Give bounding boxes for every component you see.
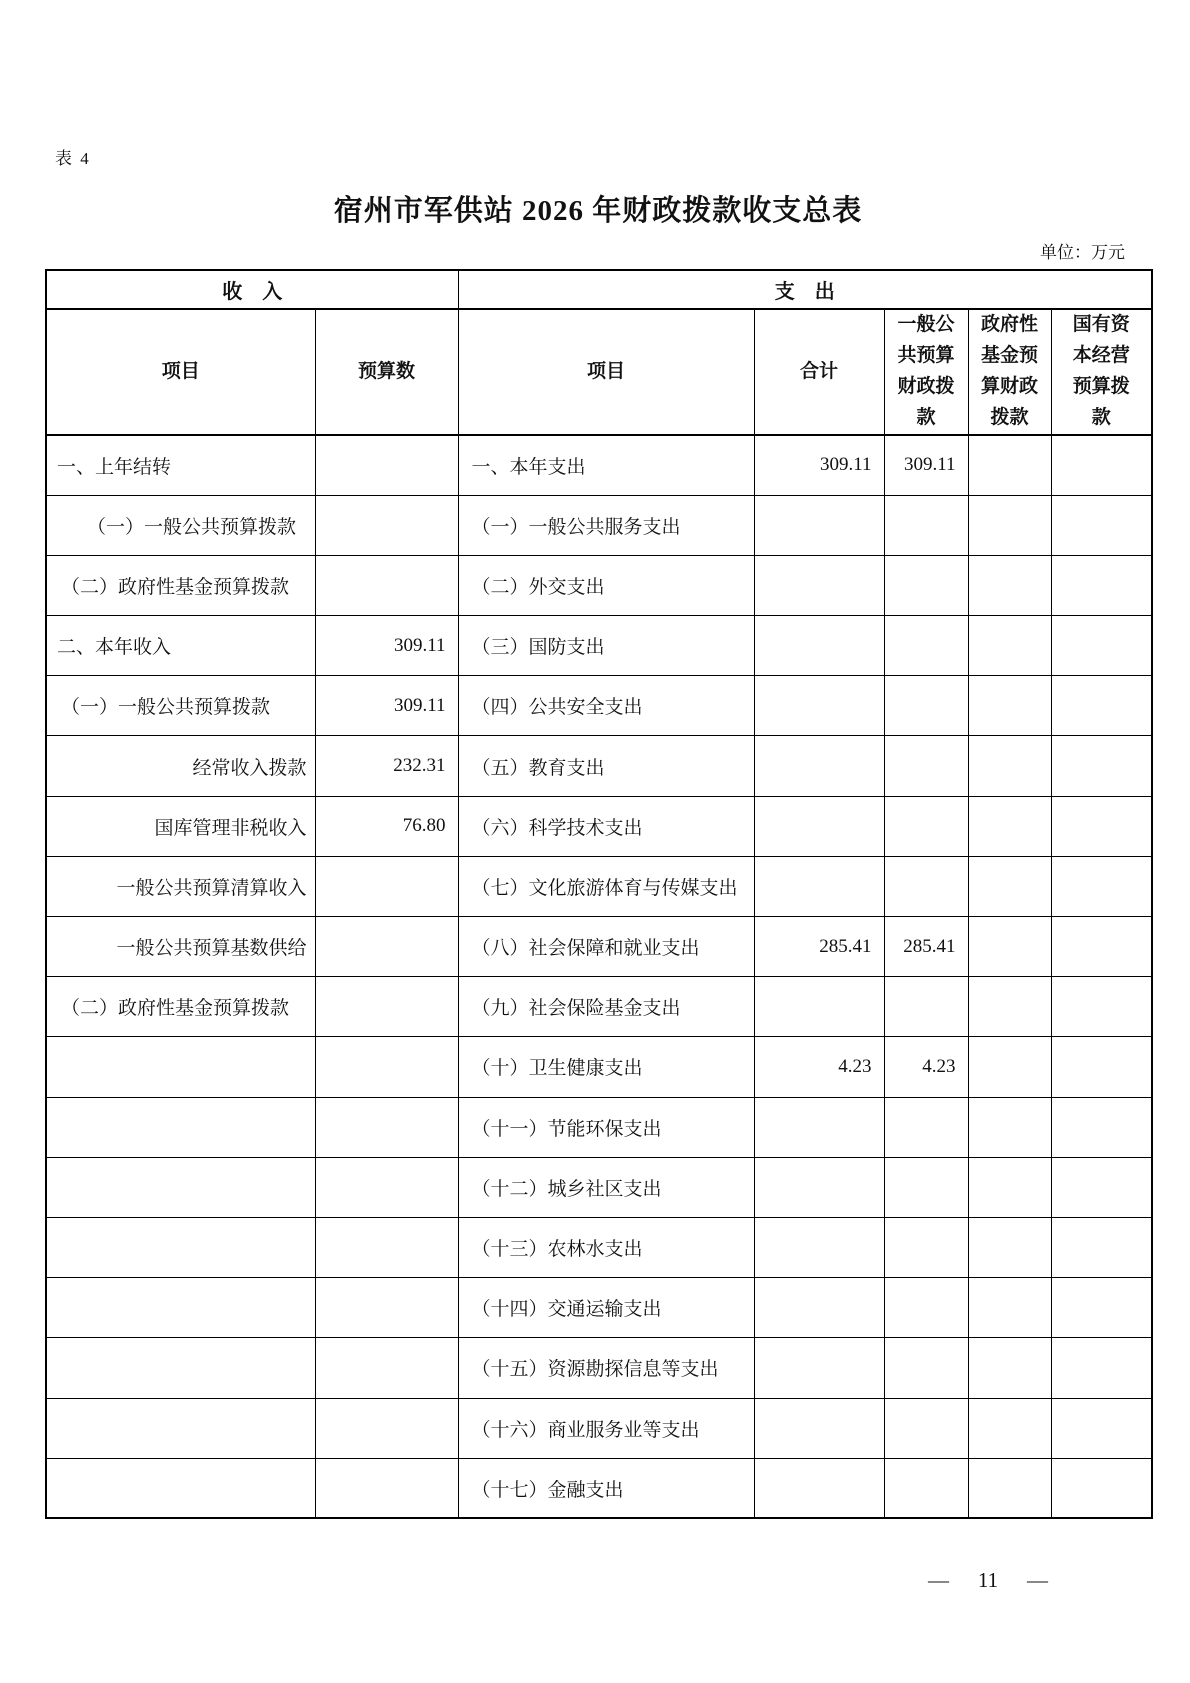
income-item-cell <box>46 1097 315 1157</box>
expense-state-capital-cell <box>1051 495 1152 555</box>
income-item-cell: 一、上年结转 <box>46 435 315 495</box>
column-header-row: 项目 预算数 项目 合计 一般公 共预算 财政拨 款 政府性 基金预 算财政 拨… <box>46 309 1152 435</box>
expense-state-capital-cell <box>1051 616 1152 676</box>
expense-item-cell: （六）科学技术支出 <box>458 796 754 856</box>
expense-total-cell <box>754 1338 884 1398</box>
table-row: （十二）城乡社区支出 <box>46 1157 1152 1217</box>
expense-item-cell: （十七）金融支出 <box>458 1458 754 1518</box>
budget-table: 收 入 支 出 项目 预算数 项目 合计 一般公 共预算 财政拨 款 政府性 基… <box>45 269 1153 1519</box>
income-budget-header: 预算数 <box>315 309 458 435</box>
income-item-cell: 经常收入拨款 <box>46 736 315 796</box>
income-item-cell <box>46 1398 315 1458</box>
expense-item-cell: （五）教育支出 <box>458 736 754 796</box>
expense-general-public-cell <box>884 977 968 1037</box>
table-row: （十）卫生健康支出4.234.23 <box>46 1037 1152 1097</box>
expense-total-header: 合计 <box>754 309 884 435</box>
expense-gov-fund-cell <box>968 1278 1051 1338</box>
document-page: 表 4 宿州市军供站 2026 年财政拨款收支总表 单位：万元 收 入 支 出 … <box>0 0 1190 1683</box>
expense-state-capital-cell <box>1051 1037 1152 1097</box>
expense-state-capital-cell <box>1051 676 1152 736</box>
table-row: （二）政府性基金预算拨款（九）社会保险基金支出 <box>46 977 1152 1037</box>
table-row: （十四）交通运输支出 <box>46 1278 1152 1338</box>
income-budget-cell <box>315 1398 458 1458</box>
expense-gov-fund-cell <box>968 736 1051 796</box>
table-row: 一般公共预算基数供给（八）社会保障和就业支出285.41285.41 <box>46 917 1152 977</box>
expense-item-cell: （十一）节能环保支出 <box>458 1097 754 1157</box>
expense-gov-fund-header: 政府性 基金预 算财政 拨款 <box>968 309 1051 435</box>
expense-general-public-cell <box>884 736 968 796</box>
expense-total-cell <box>754 1217 884 1277</box>
table-row: （十五）资源勘探信息等支出 <box>46 1338 1152 1398</box>
income-item-cell <box>46 1458 315 1518</box>
expense-general-public-cell <box>884 676 968 736</box>
table-row: （十六）商业服务业等支出 <box>46 1398 1152 1458</box>
expense-total-cell: 309.11 <box>754 435 884 495</box>
expense-state-capital-cell <box>1051 1278 1152 1338</box>
income-budget-cell: 309.11 <box>315 676 458 736</box>
expense-item-cell: （二）外交支出 <box>458 555 754 615</box>
expense-total-cell <box>754 676 884 736</box>
expense-state-capital-cell <box>1051 1217 1152 1277</box>
table-row: 二、本年收入309.11（三）国防支出 <box>46 616 1152 676</box>
expense-general-public-header: 一般公 共预算 财政拨 款 <box>884 309 968 435</box>
income-item-cell <box>46 1338 315 1398</box>
expense-item-cell: （九）社会保险基金支出 <box>458 977 754 1037</box>
expense-general-public-cell <box>884 1157 968 1217</box>
expense-item-cell: （八）社会保障和就业支出 <box>458 917 754 977</box>
expense-total-cell: 285.41 <box>754 917 884 977</box>
expense-total-cell <box>754 1398 884 1458</box>
expense-total-cell <box>754 1278 884 1338</box>
expense-gov-fund-cell <box>968 616 1051 676</box>
expense-state-capital-cell <box>1051 796 1152 856</box>
expense-general-public-cell: 285.41 <box>884 917 968 977</box>
expense-state-capital-cell <box>1051 917 1152 977</box>
page-number: — 11 — <box>928 1568 1048 1593</box>
expense-general-public-cell <box>884 1097 968 1157</box>
table-row: （二）政府性基金预算拨款（二）外交支出 <box>46 555 1152 615</box>
expense-general-public-cell: 309.11 <box>884 435 968 495</box>
expense-state-capital-cell <box>1051 856 1152 916</box>
expense-state-capital-cell <box>1051 1157 1152 1217</box>
expense-state-capital-cell <box>1051 736 1152 796</box>
expense-item-cell: （三）国防支出 <box>458 616 754 676</box>
table-row: 国库管理非税收入76.80（六）科学技术支出 <box>46 796 1152 856</box>
income-budget-cell <box>315 917 458 977</box>
table-row: （一）一般公共预算拨款309.11（四）公共安全支出 <box>46 676 1152 736</box>
expense-gov-fund-cell <box>968 1338 1051 1398</box>
expense-gov-fund-cell <box>968 1458 1051 1518</box>
expense-total-cell <box>754 555 884 615</box>
expense-total-cell <box>754 1097 884 1157</box>
expense-general-public-cell <box>884 1458 968 1518</box>
income-budget-cell <box>315 1458 458 1518</box>
expense-general-public-cell <box>884 856 968 916</box>
income-budget-cell <box>315 977 458 1037</box>
expense-general-public-cell <box>884 616 968 676</box>
table-label: 表 4 <box>55 144 91 169</box>
expense-item-cell: （十三）农林水支出 <box>458 1217 754 1277</box>
expense-gov-fund-cell <box>968 435 1051 495</box>
expense-gov-fund-cell <box>968 1097 1051 1157</box>
expense-state-capital-cell <box>1051 1458 1152 1518</box>
income-item-cell: 二、本年收入 <box>46 616 315 676</box>
table-row: 经常收入拨款232.31（五）教育支出 <box>46 736 1152 796</box>
income-item-cell: （一）一般公共预算拨款 <box>46 676 315 736</box>
expense-gov-fund-cell <box>968 1037 1051 1097</box>
expense-gov-fund-cell <box>968 555 1051 615</box>
page-number-value: 11 <box>978 1568 998 1593</box>
income-budget-cell <box>315 1037 458 1097</box>
table-row: 一般公共预算清算收入（七）文化旅游体育与传媒支出 <box>46 856 1152 916</box>
expense-general-public-cell <box>884 796 968 856</box>
income-item-cell: 一般公共预算清算收入 <box>46 856 315 916</box>
expense-general-public-cell <box>884 1338 968 1398</box>
income-budget-cell: 309.11 <box>315 616 458 676</box>
expense-gov-fund-cell <box>968 796 1051 856</box>
income-budget-cell: 76.80 <box>315 796 458 856</box>
expense-state-capital-cell <box>1051 435 1152 495</box>
expense-gov-fund-cell <box>968 856 1051 916</box>
expense-item-header: 项目 <box>458 309 754 435</box>
group-header-row: 收 入 支 出 <box>46 270 1152 309</box>
unit-note: 单位：万元 <box>45 238 1151 263</box>
income-item-cell <box>46 1037 315 1097</box>
income-budget-cell <box>315 1157 458 1217</box>
table-row: （一）一般公共预算拨款（一）一般公共服务支出 <box>46 495 1152 555</box>
expense-gov-fund-cell <box>968 1217 1051 1277</box>
table-row: （十三）农林水支出 <box>46 1217 1152 1277</box>
expense-total-cell <box>754 736 884 796</box>
income-group-header: 收 入 <box>46 270 458 309</box>
expense-gov-fund-cell <box>968 1398 1051 1458</box>
income-item-cell: （二）政府性基金预算拨款 <box>46 555 315 615</box>
income-item-cell: （一）一般公共预算拨款 <box>46 495 315 555</box>
income-budget-cell <box>315 1278 458 1338</box>
expense-item-cell: （十四）交通运输支出 <box>458 1278 754 1338</box>
income-budget-cell: 232.31 <box>315 736 458 796</box>
income-item-cell <box>46 1217 315 1277</box>
page-number-left-dash: — <box>928 1568 949 1593</box>
expense-state-capital-cell <box>1051 1338 1152 1398</box>
expense-general-public-cell <box>884 1398 968 1458</box>
expense-total-cell <box>754 856 884 916</box>
expense-general-public-cell <box>884 495 968 555</box>
expense-general-public-cell <box>884 1278 968 1338</box>
expense-general-public-cell <box>884 555 968 615</box>
expense-total-cell <box>754 1157 884 1217</box>
income-budget-cell <box>315 1338 458 1398</box>
income-item-header: 项目 <box>46 309 315 435</box>
expense-group-header: 支 出 <box>458 270 1152 309</box>
expense-state-capital-header: 国有资 本经营 预算拨 款 <box>1051 309 1152 435</box>
expense-item-cell: （十五）资源勘探信息等支出 <box>458 1338 754 1398</box>
income-budget-cell <box>315 495 458 555</box>
expense-general-public-cell <box>884 1217 968 1277</box>
income-budget-cell <box>315 856 458 916</box>
income-item-cell <box>46 1278 315 1338</box>
table-row: 一、上年结转一、本年支出309.11309.11 <box>46 435 1152 495</box>
expense-state-capital-cell <box>1051 1398 1152 1458</box>
income-item-cell: 一般公共预算基数供给 <box>46 917 315 977</box>
expense-gov-fund-cell <box>968 917 1051 977</box>
expense-gov-fund-cell <box>968 495 1051 555</box>
income-item-cell: 国库管理非税收入 <box>46 796 315 856</box>
expense-item-cell: （十二）城乡社区支出 <box>458 1157 754 1217</box>
expense-item-cell: （七）文化旅游体育与传媒支出 <box>458 856 754 916</box>
expense-total-cell: 4.23 <box>754 1037 884 1097</box>
expense-state-capital-cell <box>1051 977 1152 1037</box>
expense-total-cell <box>754 616 884 676</box>
expense-state-capital-cell <box>1051 1097 1152 1157</box>
table-body: 收 入 支 出 项目 预算数 项目 合计 一般公 共预算 财政拨 款 政府性 基… <box>46 270 1152 1518</box>
expense-item-cell: 一、本年支出 <box>458 435 754 495</box>
expense-gov-fund-cell <box>968 1157 1051 1217</box>
income-budget-cell <box>315 1097 458 1157</box>
page-number-right-dash: — <box>1027 1568 1048 1593</box>
table-row: （十一）节能环保支出 <box>46 1097 1152 1157</box>
expense-total-cell <box>754 495 884 555</box>
income-budget-cell <box>315 555 458 615</box>
expense-total-cell <box>754 977 884 1037</box>
expense-item-cell: （四）公共安全支出 <box>458 676 754 736</box>
expense-item-cell: （十六）商业服务业等支出 <box>458 1398 754 1458</box>
expense-gov-fund-cell <box>968 977 1051 1037</box>
expense-state-capital-cell <box>1051 555 1152 615</box>
expense-item-cell: （一）一般公共服务支出 <box>458 495 754 555</box>
expense-item-cell: （十）卫生健康支出 <box>458 1037 754 1097</box>
table-row: （十七）金融支出 <box>46 1458 1152 1518</box>
income-item-cell: （二）政府性基金预算拨款 <box>46 977 315 1037</box>
expense-total-cell <box>754 796 884 856</box>
expense-general-public-cell: 4.23 <box>884 1037 968 1097</box>
expense-gov-fund-cell <box>968 676 1051 736</box>
page-title: 宿州市军供站 2026 年财政拨款收支总表 <box>45 188 1151 229</box>
income-item-cell <box>46 1157 315 1217</box>
income-budget-cell <box>315 435 458 495</box>
expense-total-cell <box>754 1458 884 1518</box>
income-budget-cell <box>315 1217 458 1277</box>
